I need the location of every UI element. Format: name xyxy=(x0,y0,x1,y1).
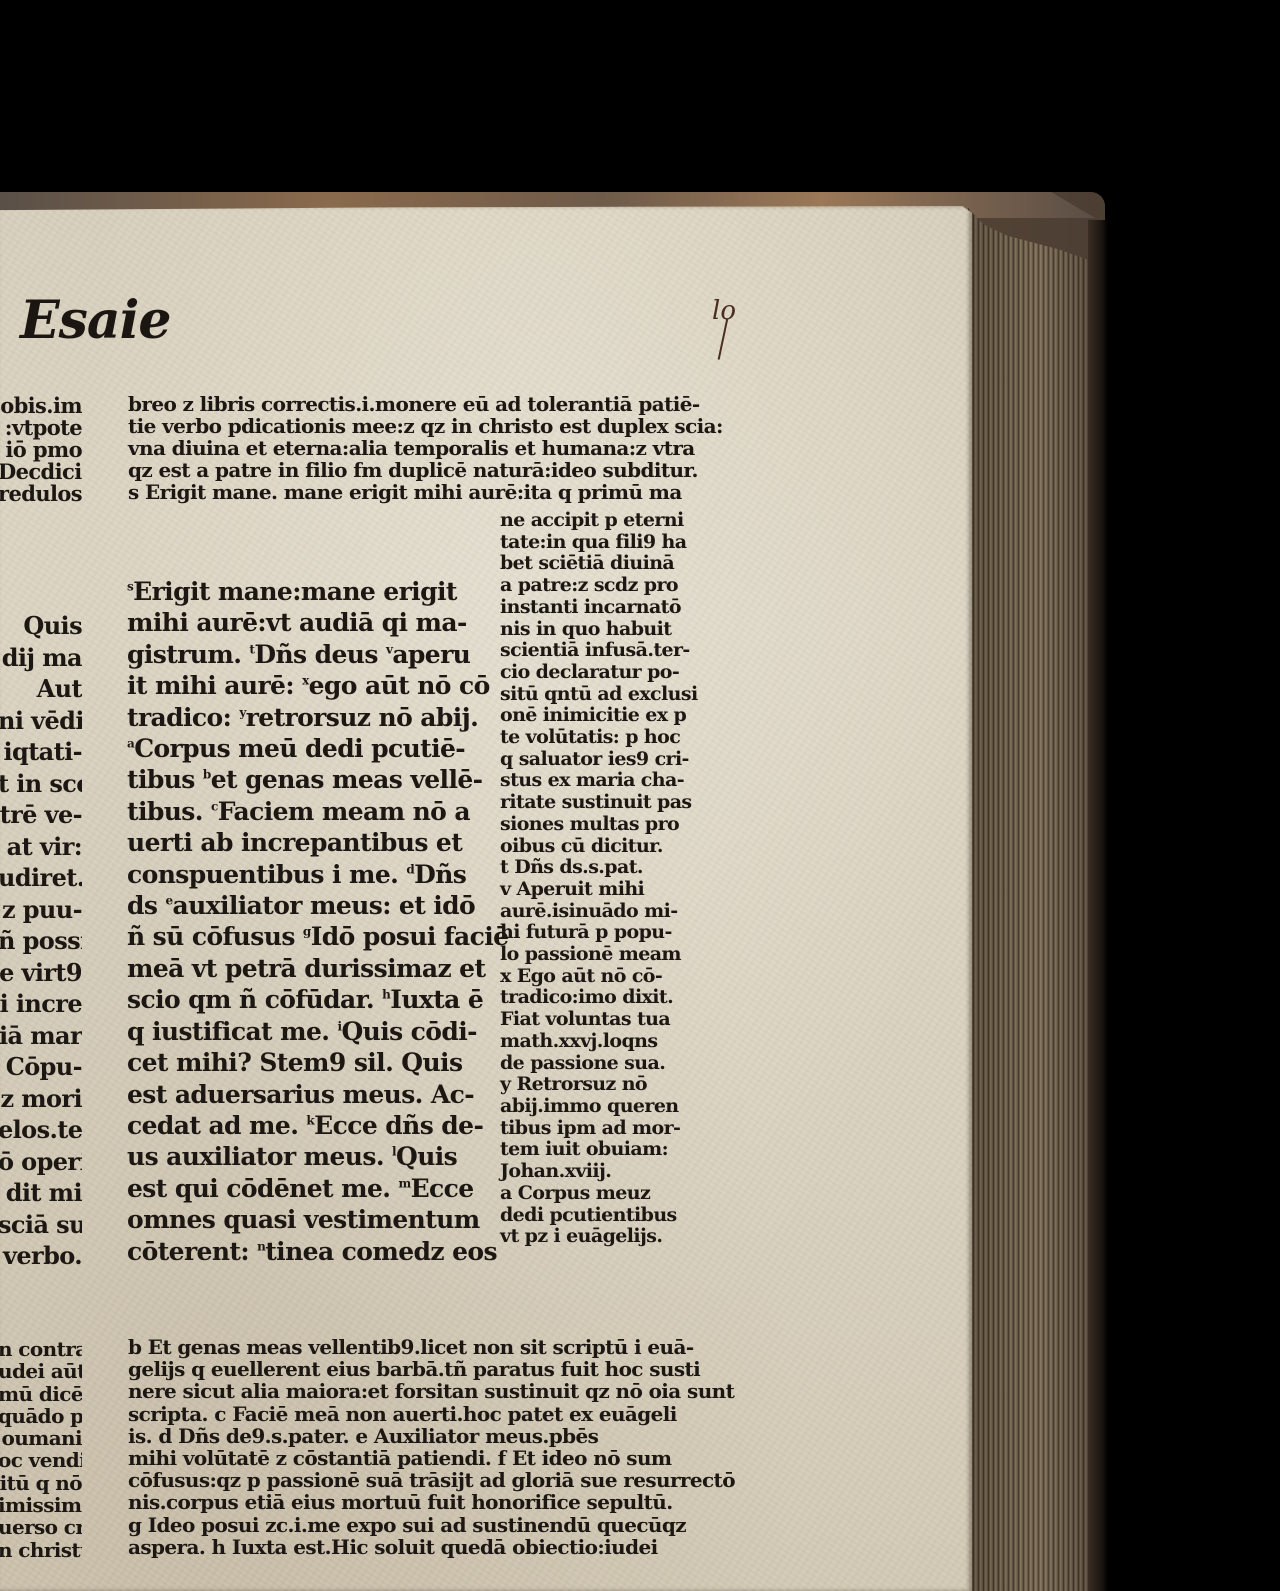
text-line: v Aperuit mihi xyxy=(500,879,692,901)
text-line: e virt9 xyxy=(0,957,82,989)
text-line: siones multas pro xyxy=(500,814,692,836)
text-line: math.xxvj.loqns xyxy=(500,1031,692,1053)
text-line: sitū qntū ad exclusi xyxy=(500,684,692,706)
commentary-block-top: breo z libris correctis.i.monere eū ad t… xyxy=(128,393,693,503)
text-line: tradico:imo dixit. xyxy=(500,987,692,1009)
left-column-fragment-top: obis.im :vtpote iō pmo Decdicit redulos xyxy=(0,395,82,505)
page-stack-fore-edge xyxy=(968,208,1098,1591)
text-line: b Et genas meas vellentib9.licet non sit… xyxy=(128,1336,693,1358)
text-line: quādo p xyxy=(0,1405,82,1427)
text-line: t Dñs ds.s.pat. xyxy=(500,857,692,879)
text-line: conspuentibus i me. dDñs xyxy=(127,859,457,890)
text-line: n contra xyxy=(0,1338,82,1360)
text-line: q iustificat me. iQuis cōdi- xyxy=(127,1016,457,1047)
text-line: ñ sū cōfusus gIdō posui faciē xyxy=(127,921,457,952)
text-line: tate:in qua fili9 ha xyxy=(500,532,692,554)
text-line: gistrum. tDñs deus vaperu xyxy=(127,639,457,670)
text-line: :vtpote xyxy=(0,417,82,439)
text-line: Decdicit xyxy=(0,461,82,483)
text-line: z mori xyxy=(0,1083,82,1115)
text-line: a patre:z scdz pro xyxy=(500,575,692,597)
signe-de-renvoi: d xyxy=(406,862,414,876)
text-line: nere sicut alia maiora:et forsitan susti… xyxy=(128,1380,693,1402)
text-line: mū dicē xyxy=(0,1383,82,1405)
text-line: ō operi xyxy=(0,1146,82,1178)
text-line: Quis xyxy=(0,610,82,642)
text-line: us auxiliator meus. lQuis xyxy=(127,1141,457,1172)
text-line: obis.im xyxy=(0,395,82,417)
text-line: n christū xyxy=(0,1539,82,1561)
handwritten-folio-number: lo xyxy=(712,296,736,326)
text-line: a Corpus meuz xyxy=(500,1183,692,1205)
text-line: meā vt petrā durissimaz et xyxy=(127,953,457,984)
text-line: dij ma xyxy=(0,642,82,674)
text-line: g Ideo posui zc.i.me expo sui ad sustine… xyxy=(128,1514,693,1536)
text-line: tem iuit obuiam: xyxy=(500,1139,692,1161)
text-line: dedi pcutientibus xyxy=(500,1205,692,1227)
text-line: elos.te xyxy=(0,1114,82,1146)
text-line: mihi volūtatē z cōstantiā patiendi. f Et… xyxy=(128,1447,693,1469)
text-line: vt pz i euāgelijs. xyxy=(500,1226,692,1248)
text-line: i incre xyxy=(0,988,82,1020)
text-line: imissima- xyxy=(0,1494,82,1516)
text-line: udiret. xyxy=(0,862,82,894)
signe-de-renvoi: n xyxy=(257,1239,265,1253)
text-line: tibus. cFaciem meam nō a xyxy=(127,796,457,827)
signe-de-renvoi: g xyxy=(303,925,311,939)
text-line: cedat ad me. kEcce dñs de- xyxy=(127,1110,457,1141)
text-line: y Retrorsuz nō xyxy=(500,1074,692,1096)
text-line: cōfusus:qz p passionē suā trāsijt ad glo… xyxy=(128,1469,693,1491)
gloss-column-right: ne accipit p eterni tate:in qua fili9 ha… xyxy=(500,510,692,1248)
text-line: oc vendi xyxy=(0,1449,82,1471)
text-line: qz est a patre in filio fm duplicē natur… xyxy=(128,459,693,481)
text-line: te volūtatis: p hoc xyxy=(500,727,692,749)
text-line: aurē.isinuādo mi- xyxy=(500,901,692,923)
text-line: tibus ipm ad mor- xyxy=(500,1118,692,1140)
text-line: omnes quasi vestimentum xyxy=(127,1204,457,1235)
photo-scene: Esaie lo obis.im :vtpote iō pmo Decdicit… xyxy=(0,0,1280,1591)
text-line: gelijs q euellerent eius barbā.tñ paratu… xyxy=(128,1358,693,1380)
text-line: bet sciētiā diuinā xyxy=(500,553,692,575)
text-line: uerti ab increpantibus et xyxy=(127,827,457,858)
signe-de-renvoi: m xyxy=(398,1176,410,1190)
text-line: sErigit mane:mane erigit xyxy=(127,576,457,607)
text-line: aspera. h Iuxta est.Hic soluit quedā obi… xyxy=(128,1536,693,1558)
text-line: z puu- xyxy=(0,894,82,926)
text-line: Aut xyxy=(0,673,82,705)
text-line: iā mar xyxy=(0,1020,82,1052)
text-line: cio declaratur po- xyxy=(500,662,692,684)
text-line: scio qm ñ cōfūdar. hIuxta ē xyxy=(127,984,457,1015)
text-line: itū q nō xyxy=(0,1472,82,1494)
main-biblical-text: sErigit mane:mane erigit mihi aurē:vt au… xyxy=(127,576,457,1267)
text-line: iō pmo xyxy=(0,439,82,461)
text-line: s Erigit mane. mane erigit mihi aurē:ita… xyxy=(128,481,693,503)
text-line: ni vēdi xyxy=(0,705,82,737)
text-line: est qui cōdēnet me. mEcce xyxy=(127,1173,457,1204)
text-line: onē inimicitie ex p xyxy=(500,705,692,727)
text-line: Johan.xviij. xyxy=(500,1161,692,1183)
text-line: instanti incarnatō xyxy=(500,597,692,619)
left-column-fragment-bottom: n contra udei aūt mū dicē quādo p oumani… xyxy=(0,1338,82,1561)
signe-de-renvoi: b xyxy=(203,768,211,782)
text-line: lo passionē meam xyxy=(500,944,692,966)
text-line: ñ possi xyxy=(0,925,82,957)
text-line: x Ego aūt nō cō- xyxy=(500,966,692,988)
text-line: hi futurā p popu- xyxy=(500,922,692,944)
text-line: mihi aurē:vt audiā qi ma- xyxy=(127,607,457,638)
text-line: scripta. c Faciē meā non auerti.hoc pate… xyxy=(128,1403,693,1425)
text-line: redulos xyxy=(0,483,82,505)
text-line: is. d Dñs de9.s.pater. e Auxiliator meus… xyxy=(128,1425,693,1447)
running-head: Esaie xyxy=(20,290,170,351)
signe-de-renvoi: c xyxy=(211,800,218,814)
cover-edge-shadow xyxy=(1088,220,1108,1591)
text-line: at vir: xyxy=(0,831,82,863)
text-line: oumani xyxy=(0,1427,82,1449)
text-line: cōterent: ntinea comedz eos xyxy=(127,1236,457,1267)
text-line: stus ex maria cha- xyxy=(500,770,692,792)
text-line: Cōpu- xyxy=(0,1051,82,1083)
text-line: uerso cri xyxy=(0,1516,82,1538)
text-line: t in sce xyxy=(0,768,82,800)
text-line: trē ve- xyxy=(0,799,82,831)
text-line: aCorpus meū dedi pcutiē- xyxy=(127,733,457,764)
text-line: nis in quo habuit xyxy=(500,619,692,641)
text-line: Fiat voluntas tua xyxy=(500,1009,692,1031)
text-line: tradico: yretrorsuz nō abij. xyxy=(127,702,457,733)
commentary-block-bottom: b Et genas meas vellentib9.licet non sit… xyxy=(128,1336,693,1558)
text-line: nis.corpus etiā eius mortuū fuit honorif… xyxy=(128,1491,693,1513)
text-line: it mihi aurē: xego aūt nō cō xyxy=(127,670,457,701)
text-line: ds eauxiliator meus: et idō xyxy=(127,890,457,921)
text-line: breo z libris correctis.i.monere eū ad t… xyxy=(128,393,693,415)
signe-de-renvoi: h xyxy=(382,988,390,1002)
text-line: iqtati- xyxy=(0,736,82,768)
text-line: de passione sua. xyxy=(500,1053,692,1075)
left-column-fragment-main: Quis dij ma Aut ni vēdi iqtati- t in sce… xyxy=(0,610,82,1272)
text-line: scientiā infusā.ter- xyxy=(500,640,692,662)
text-line: udei aūt xyxy=(0,1360,82,1382)
text-line: tie verbo pdicationis mee:z qz in christ… xyxy=(128,415,693,437)
text-line: ne accipit p eterni xyxy=(500,510,692,532)
text-line: vna diuina et eterna:alia temporalis et … xyxy=(128,437,693,459)
text-line: dit mi xyxy=(0,1177,82,1209)
text-line: oibus cū dicitur. xyxy=(500,836,692,858)
text-line: ritate sustinuit pas xyxy=(500,792,692,814)
text-line: cet mihi? Stem9 sil. Quis xyxy=(127,1047,457,1078)
signe-de-renvoi: k xyxy=(306,1114,314,1128)
text-line: est aduersarius meus. Ac- xyxy=(127,1079,457,1110)
text-line: verbo. xyxy=(0,1240,82,1272)
text-line: tibus bet genas meas vellē- xyxy=(127,764,457,795)
signe-de-renvoi: e xyxy=(165,894,172,908)
text-line: abij.immo queren xyxy=(500,1096,692,1118)
text-line: q saluator ies9 cri- xyxy=(500,749,692,771)
text-line: sciā su xyxy=(0,1209,82,1241)
